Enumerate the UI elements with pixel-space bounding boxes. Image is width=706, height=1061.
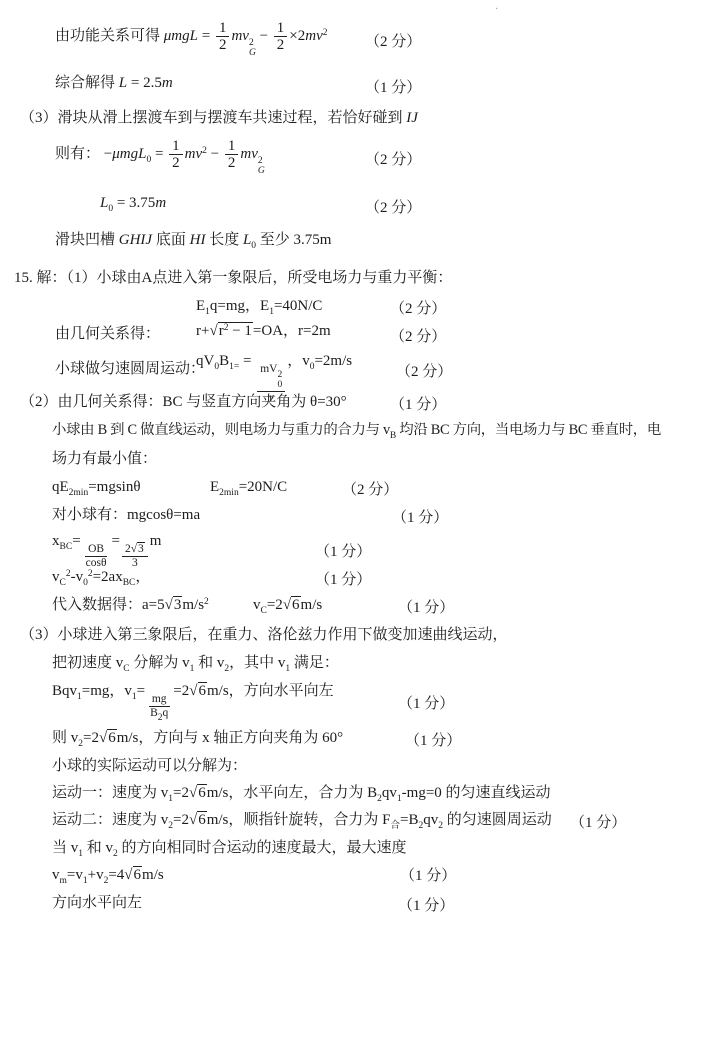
line-e2min-equation: qE2min=mgsinθ bbox=[52, 478, 141, 499]
line-data-substitution: 代入数据得：a=5√3m/s2 bbox=[52, 596, 209, 616]
score-mark: （1 分） bbox=[392, 506, 448, 527]
line-e1-equation: E1q=mg，E1=40N/C bbox=[196, 297, 322, 318]
score-mark: （2 分） bbox=[365, 30, 421, 51]
score-mark: （2 分） bbox=[396, 360, 452, 381]
line-max-speed-condition: 当 v1 和 v2 的方向相同时合运动的速度最大，最大速度 bbox=[52, 839, 407, 860]
line-motion-two: 运动二：速度为 v2=2√6m/s，顺指针旋转，合力为 F合=B2qv2 的匀速… bbox=[52, 811, 552, 832]
line-direction-conclusion: 方向水平向左 bbox=[52, 894, 142, 914]
line-L0-result: L0 = 3.75m bbox=[100, 194, 166, 215]
score-mark: （1 分） bbox=[390, 393, 446, 414]
line-xbc-equation: xBC=OBcosθ=2√33m bbox=[52, 532, 161, 570]
score-mark: （1 分） bbox=[405, 729, 461, 750]
line-newton-equation: 对小球有：mgcosθ=ma bbox=[52, 506, 200, 526]
line-circular-motion-label: 小球做匀速圆周运动： bbox=[55, 360, 205, 380]
line-velocity-decomposition: 把初速度 vC 分解为 v1 和 v2，其中 v1 满足： bbox=[52, 654, 339, 675]
line-e2min-value: E2min=20N/C bbox=[210, 478, 287, 499]
line-part2-heading: （2）由几何关系得：BC 与竖直方向夹角为 θ=30° bbox=[20, 393, 347, 413]
score-mark: （2 分） bbox=[365, 148, 421, 169]
line-geometry-label: 由几何关系得： bbox=[55, 325, 160, 345]
line-motion-decomposition-intro: 小球的实际运动可以分解为： bbox=[52, 757, 247, 777]
line-v2-equation: 则 v2=2√6m/s，方向与 x 轴正方向夹角为 60° bbox=[52, 729, 343, 750]
line-v1-equation: Bqv1=mg，v1=mgB2q=2√6m/s，方向水平向左 bbox=[52, 682, 334, 724]
line-part2-analysis-1: 小球由 B 到 C 做直线运动，则电场力与重力的合力与 vB 均沿 BC 方向，… bbox=[52, 421, 661, 442]
score-mark: （1 分） bbox=[400, 864, 456, 885]
score-mark: （1 分） bbox=[398, 692, 454, 713]
score-mark: （1 分） bbox=[570, 811, 626, 832]
score-mark: （1 分） bbox=[365, 76, 421, 97]
line-part3-q15-heading: （3）小球进入第三象限后，在重力、洛伦兹力作用下做变加速曲线运动， bbox=[20, 626, 508, 646]
score-mark: （1 分） bbox=[398, 596, 454, 617]
line-vc-result: vC=2√6m/s bbox=[253, 596, 322, 617]
line-part2-analysis-2: 场力有最小值： bbox=[52, 450, 157, 470]
line-geometry-equation: r+√r2 − 1=OA，r=2m bbox=[196, 322, 331, 342]
line-work-energy-equation: 由功能关系可得 μmgL = 12mv2G − 12×2mv2 bbox=[55, 20, 328, 59]
score-mark: （1 分） bbox=[315, 540, 371, 561]
line-part3-heading: （3）滑块从滑上摆渡车到与摆渡车共速过程，若恰好碰到 IJ bbox=[20, 109, 418, 129]
score-mark: （1 分） bbox=[315, 568, 371, 589]
scan-artifact-dot: · bbox=[495, 4, 498, 15]
score-mark: （2 分） bbox=[342, 478, 398, 499]
line-vm-equation: vm=v1+v2=4√6m/s bbox=[52, 866, 164, 887]
document-page: · 由功能关系可得 μmgL = 12mv2G − 12×2mv2 （2 分） … bbox=[0, 0, 706, 1061]
line-groove-conclusion: 滑块凹槽 GHIJ 底面 HI 长度 L0 至少 3.75m bbox=[55, 231, 331, 252]
score-mark: （1 分） bbox=[398, 894, 454, 915]
line-L-result: 综合解得 L = 2.5m bbox=[55, 74, 173, 94]
line-part3-equation: 则有： −μmgL0 = 12mv2 − 12mv2G bbox=[55, 138, 265, 177]
score-mark: （2 分） bbox=[390, 325, 446, 346]
line-kinematics-equation: vC2-v02=2axBC， bbox=[52, 568, 150, 589]
line-q15-part1-heading: 15. 解：（1）小球由A点进入第一象限后，所受电场力与重力平衡： bbox=[14, 269, 452, 289]
score-mark: （2 分） bbox=[390, 297, 446, 318]
score-mark: （2 分） bbox=[365, 196, 421, 217]
line-motion-one: 运动一：速度为 v1=2√6m/s，水平向左，合力为 B2qv1-mg=0 的匀… bbox=[52, 784, 551, 805]
